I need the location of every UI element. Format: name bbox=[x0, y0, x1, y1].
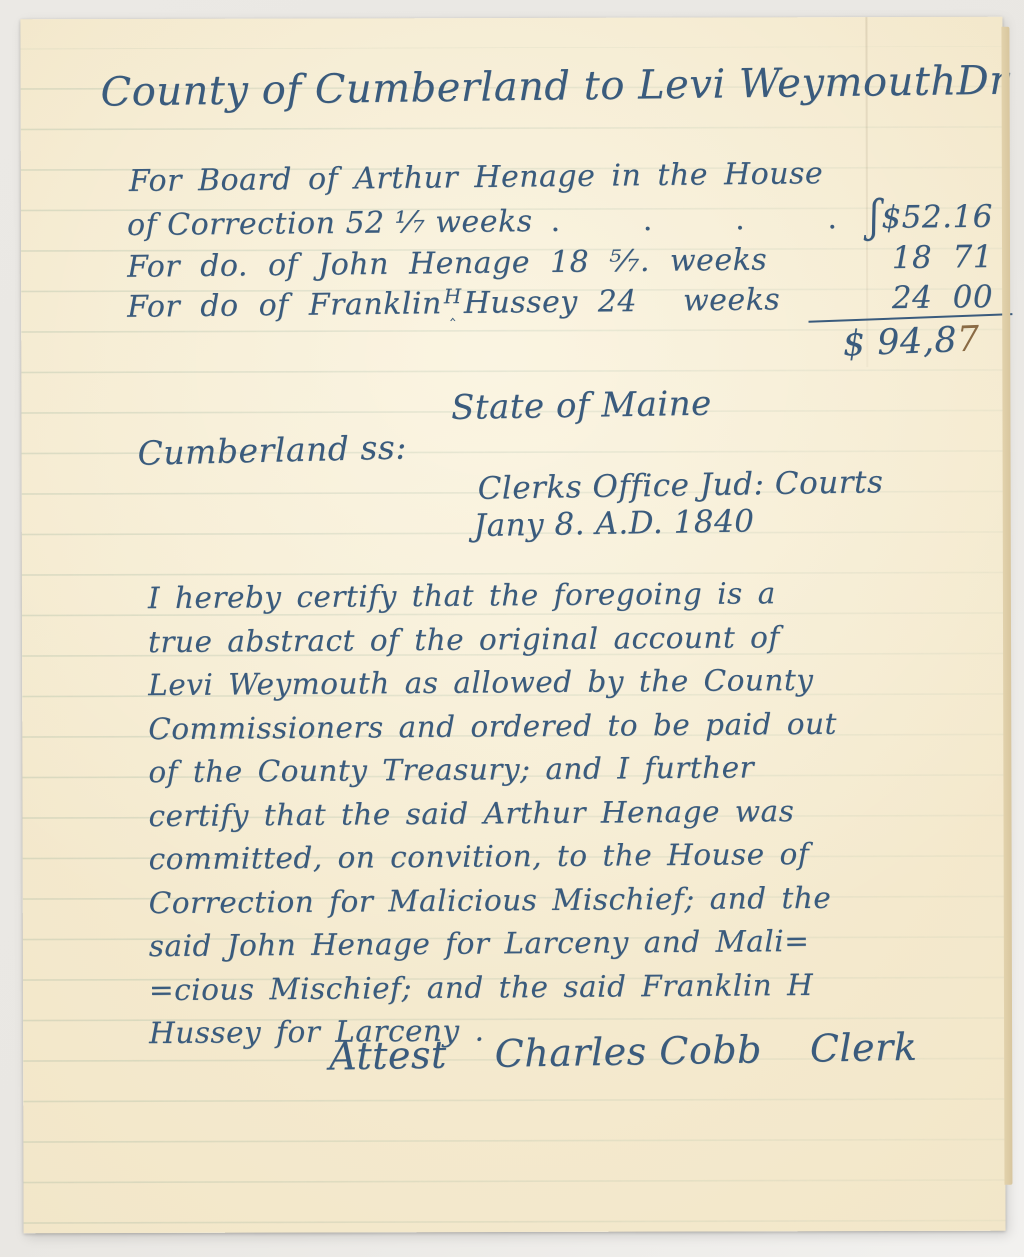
clerk-signature: Charles Cobb bbox=[494, 1027, 762, 1075]
attestation-row: Attest Charles Cobb Clerk bbox=[329, 1025, 918, 1079]
certification-line: Levi Weymouth as allowed by the County bbox=[148, 658, 994, 708]
document-paper: County of Cumberland to Levi Weymouth Dr… bbox=[20, 17, 1005, 1234]
caret-mark: ‸ bbox=[450, 308, 456, 317]
total-amount: $ 94,8 bbox=[842, 320, 958, 364]
document-title-row: County of Cumberland to Levi Weymouth Dr bbox=[100, 58, 961, 115]
certification-line: true abstract of the original account of bbox=[148, 614, 994, 664]
certification-line: Commissioners and ordered to be paid out bbox=[148, 701, 994, 751]
superscript-insertion: H ‸ bbox=[444, 291, 462, 311]
certification-line: said John Henage for Larceny and Mali= bbox=[149, 919, 995, 969]
amount-brace: ʃ bbox=[869, 191, 879, 243]
account-total: $ 94,87 bbox=[808, 313, 1014, 366]
account-item-1-amount: $52.16 bbox=[881, 199, 993, 236]
certification-line: I hereby certify that the foregoing is a bbox=[148, 571, 994, 621]
attest-label: Attest bbox=[329, 1033, 447, 1079]
account-item-3-unit: weeks bbox=[683, 282, 781, 318]
certification-line: certify that the said Arthur Henage was bbox=[148, 788, 994, 838]
account-item-2-amount: 18 71 bbox=[892, 239, 994, 276]
total-pencil-digit: 7 bbox=[956, 319, 980, 360]
certification-paragraph: I hereby certify that the foregoing is a… bbox=[148, 573, 995, 1054]
document-title: County of Cumberland to Levi Weymouth bbox=[100, 58, 957, 115]
certification-line: committed, on convition, to the House of bbox=[148, 832, 994, 882]
date-line: Jany 8. A.D. 1840 bbox=[473, 503, 754, 544]
account-item-3-amount: 24 00 bbox=[892, 279, 994, 316]
county-venue: Cumberland ss: bbox=[137, 427, 407, 472]
certification-line: Correction for Malicious Mischief; and t… bbox=[149, 875, 995, 925]
account-item-3-description-pre: For do of Franklin bbox=[127, 286, 442, 325]
state-heading: State of Maine bbox=[351, 382, 812, 430]
account-item-3-description-post: Hussey 24 bbox=[464, 284, 638, 321]
account-item-2: For do. of John Henage 18 ⁵⁄₇. weeks 18 … bbox=[127, 239, 993, 285]
clerks-office-line: Clerks Office Jud: Courts bbox=[477, 464, 883, 507]
leader-dots: . . . . . . . bbox=[550, 201, 860, 239]
certification-line: of the County Treasury; and I further bbox=[148, 745, 994, 795]
inserted-letter: H bbox=[444, 291, 462, 302]
account-item-1-line-1: For Board of Arthur Henage in the House bbox=[129, 156, 824, 199]
account-item-1-description: of Correction 52 ¹⁄₇ weeks bbox=[127, 204, 533, 243]
document-title-suffix: Dr bbox=[956, 58, 1009, 105]
account-item-2-description: For do. of John Henage 18 ⁵⁄₇. weeks bbox=[127, 243, 767, 285]
certification-line: =cious Mischief; and the said Franklin H bbox=[149, 962, 995, 1012]
account-item-1-line-2: of Correction 52 ¹⁄₇ weeks . . . . . . .… bbox=[127, 196, 993, 244]
photo-background: County of Cumberland to Levi Weymouth Dr… bbox=[0, 0, 1024, 1257]
clerk-role: Clerk bbox=[810, 1025, 918, 1071]
